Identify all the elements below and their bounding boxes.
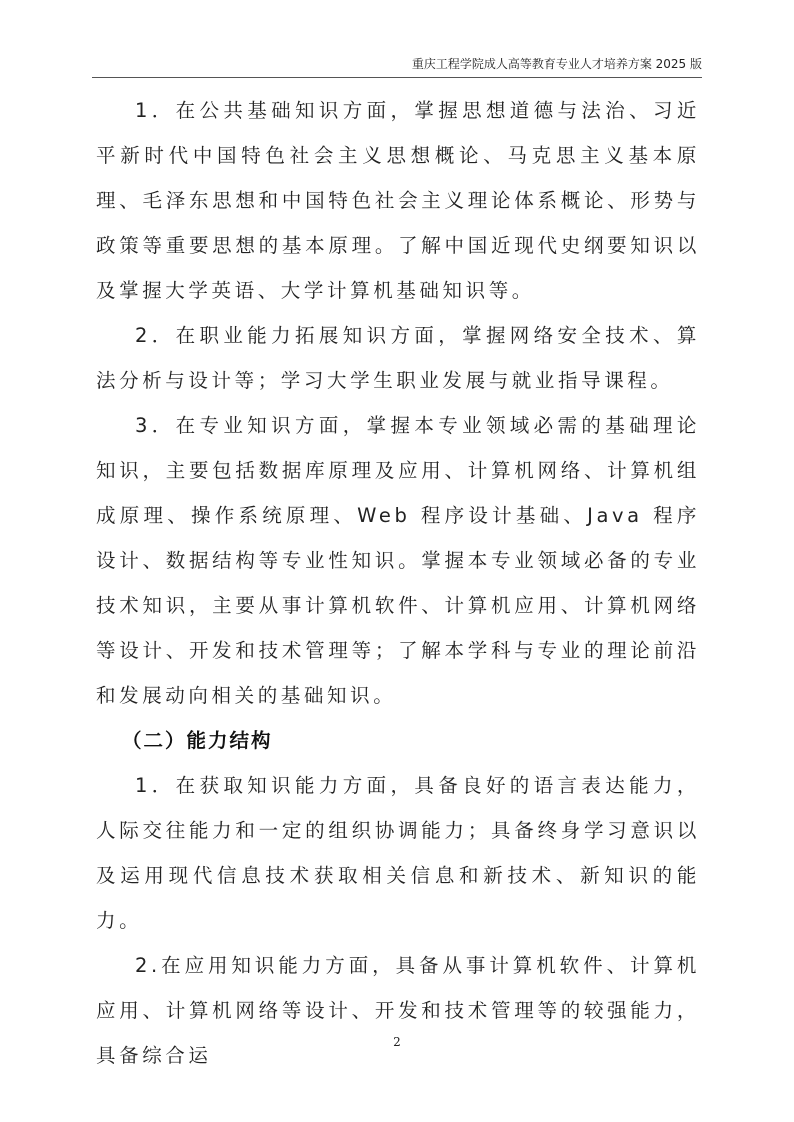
document-title: 重庆工程学院成人高等教育专业人才培养方案 2025 版 [412,57,702,71]
ability-item-2: 2.在应用知识能力方面，具备从事计算机软件、计算机应用、计算机网络等设计、开发和… [96,943,700,1078]
knowledge-item-1: 1．在公共基础知识方面，掌握思想道德与法治、习近平新时代中国特色社会主义思想概论… [96,88,700,313]
page-header: 重庆工程学院成人高等教育专业人才培养方案 2025 版 [92,54,702,78]
ability-item-1: 1．在获取知识能力方面，具备良好的语言表达能力，人际交往能力和一定的组织协调能力… [96,763,700,943]
section-heading-ability: （二）能力结构 [96,718,700,763]
knowledge-item-2: 2．在职业能力拓展知识方面，掌握网络安全技术、算法分析与设计等；学习大学生职业发… [96,313,700,403]
knowledge-item-3: 3．在专业知识方面，掌握本专业领域必需的基础理论知识，主要包括数据库原理及应用、… [96,403,700,718]
page-number: 2 [0,1035,794,1049]
document-body: 1．在公共基础知识方面，掌握思想道德与法治、习近平新时代中国特色社会主义思想概论… [96,88,700,1078]
